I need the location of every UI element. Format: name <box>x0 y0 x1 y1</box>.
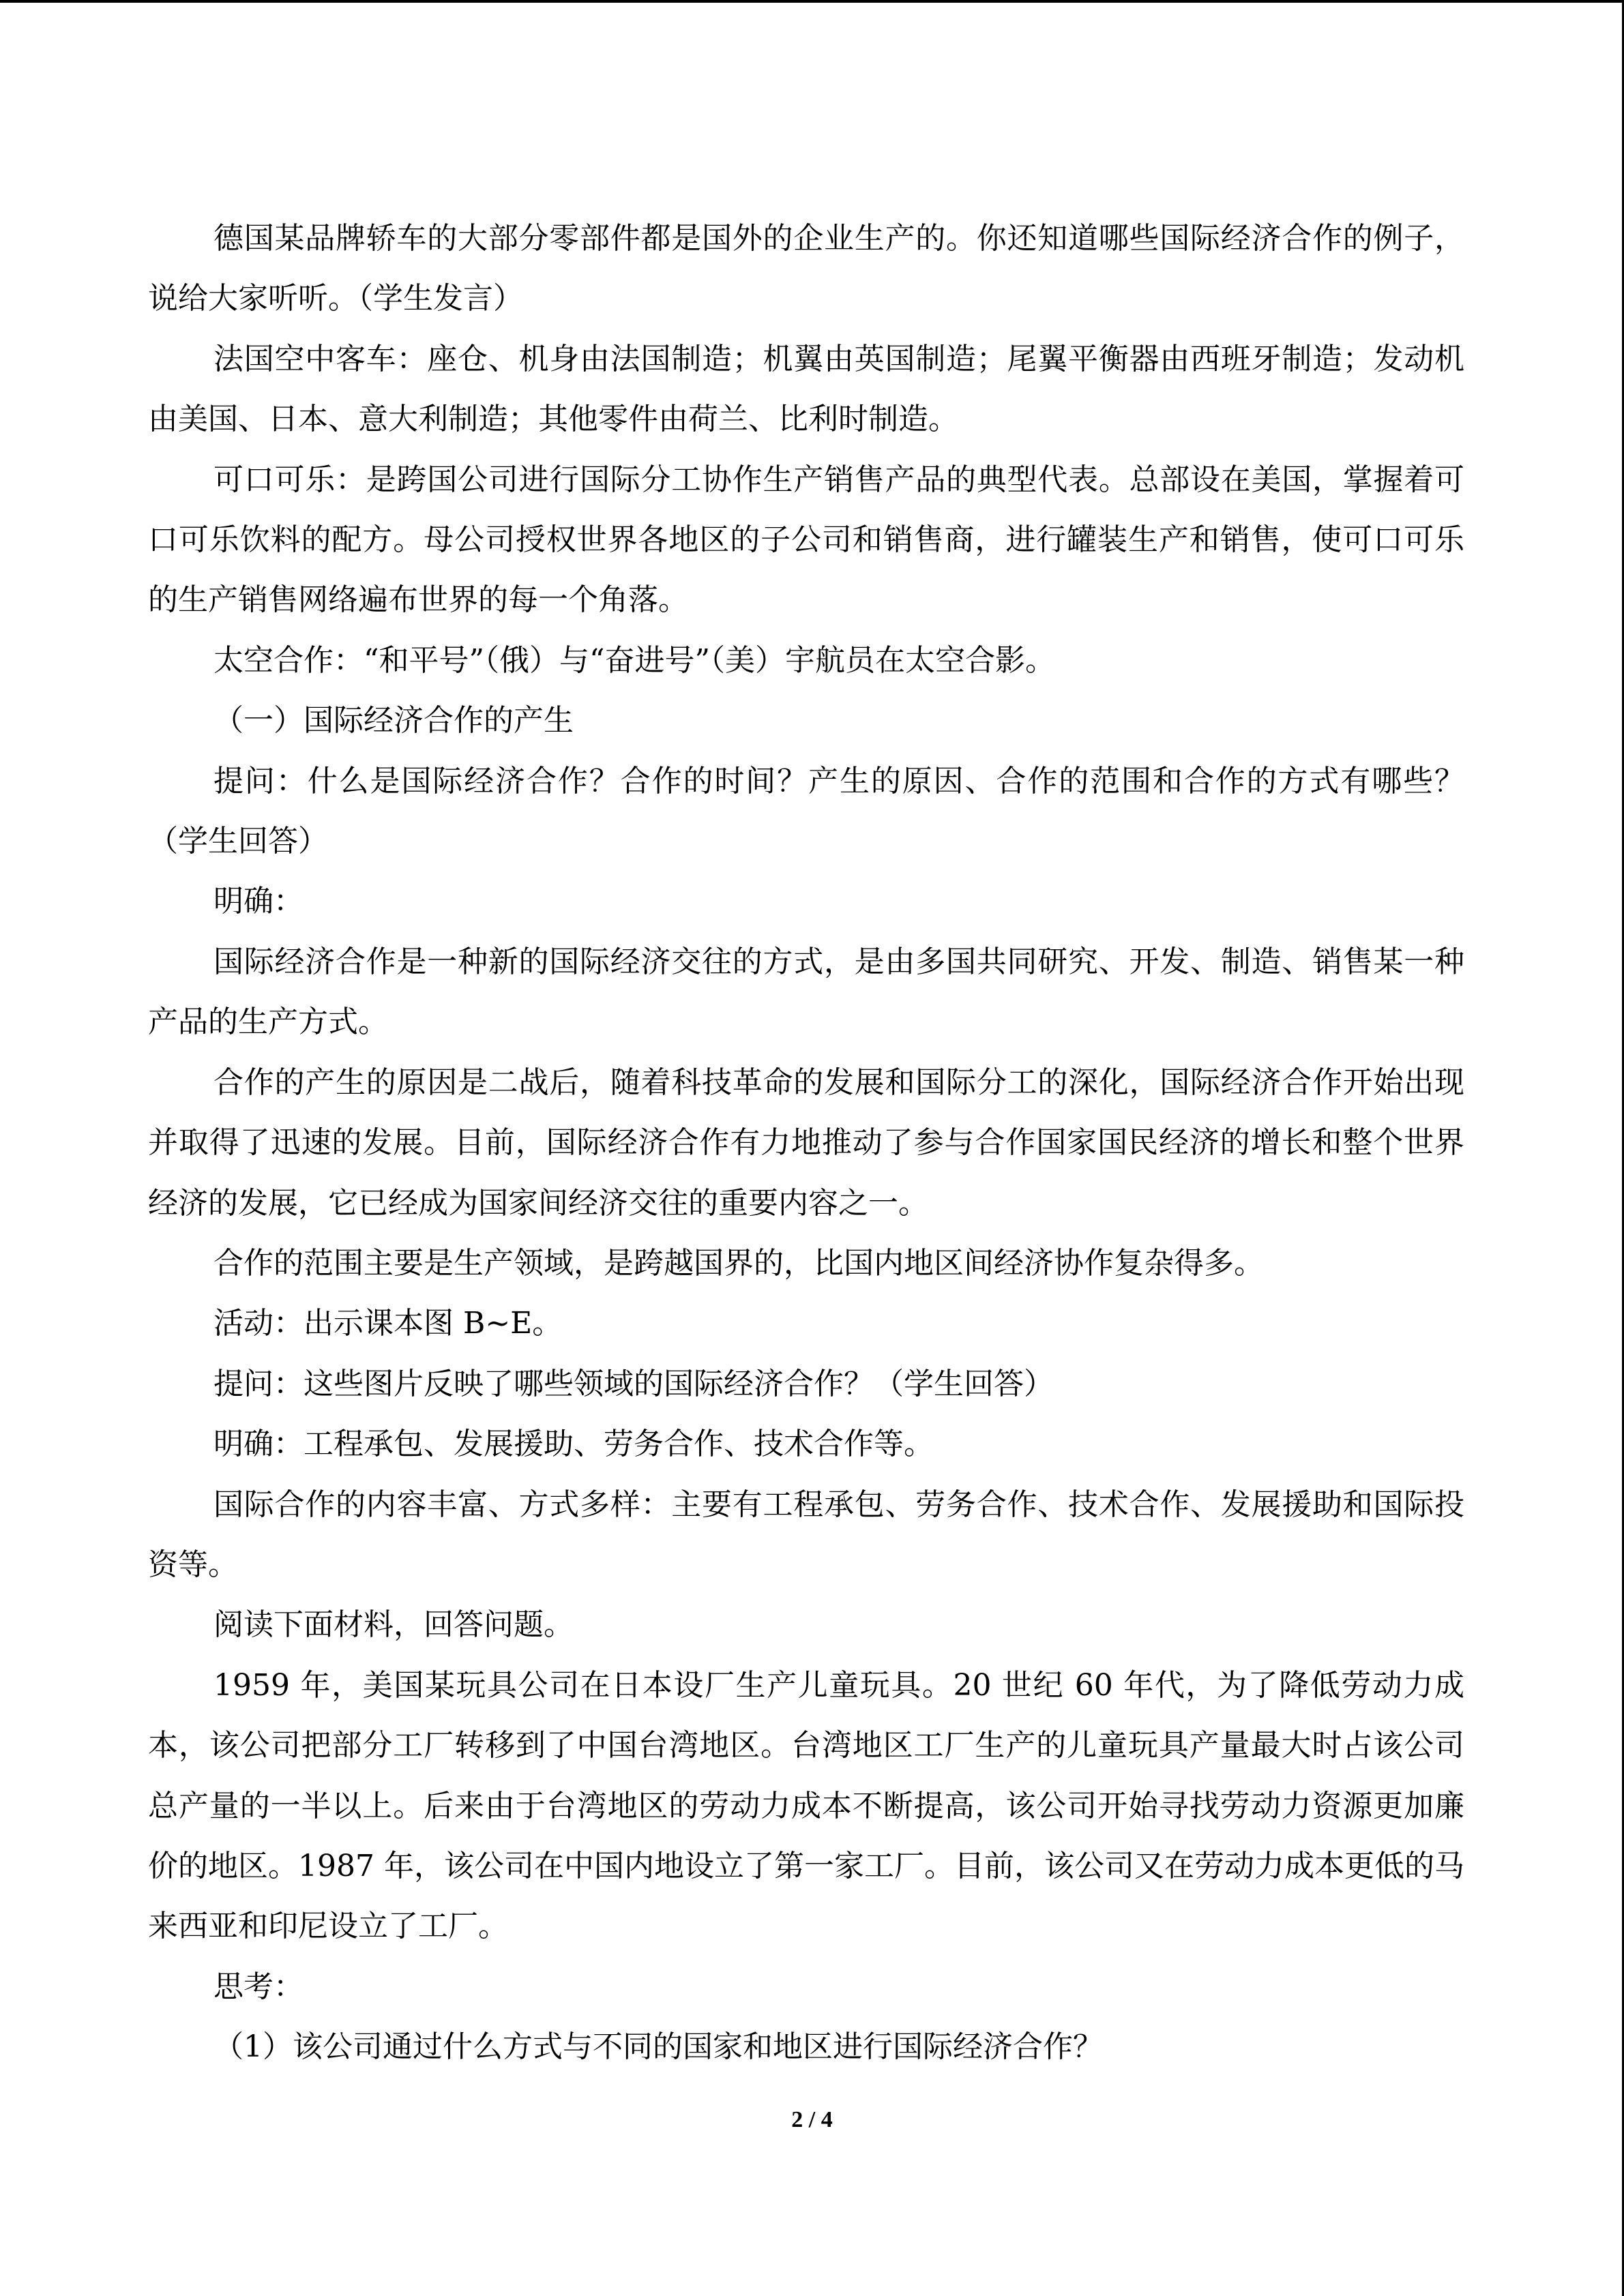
paragraph-toy-company-material: 1959 年，美国某玩具公司在日本设厂生产儿童玩具。20 世纪 60 年代，为了… <box>148 1656 1464 1957</box>
document-page: 德国某品牌轿车的大部分零部件都是国外的企业生产的。你还知道哪些国际经济合作的例子… <box>0 0 1624 2296</box>
paragraph-think-label: 思考： <box>148 1957 1464 2017</box>
paragraph-coca-cola: 可口可乐：是跨国公司进行国际分工协作生产销售产品的典型代表。总部设在美国，掌握着… <box>148 450 1464 631</box>
paragraph-forms: 国际合作的内容丰富、方式多样：主要有工程承包、劳务合作、技术合作、发展援助和国际… <box>148 1475 1464 1596</box>
paragraph-activity: 活动：出示课本图 B~E。 <box>148 1294 1464 1354</box>
paragraph-airbus: 法国空中客车：座仓、机身由法国制造；机翼由英国制造；尾翼平衡器由西班牙制造；发动… <box>148 329 1464 450</box>
paragraph-clarify-fields: 明确：工程承包、发展援助、劳务合作、技术合作等。 <box>148 1414 1464 1474</box>
page-number: 2 / 4 <box>0 2107 1624 2133</box>
document-body: 德国某品牌轿车的大部分零部件都是国外的企业生产的。你还知道哪些国际经济合作的例子… <box>148 209 1464 2078</box>
paragraph-read-instruction: 阅读下面材料，回答问题。 <box>148 1595 1464 1655</box>
paragraph-space-cooperation: 太空合作：“和平号”（俄）与“奋进号”（美）宇航员在太空合影。 <box>148 631 1464 691</box>
section-heading: （一）国际经济合作的产生 <box>148 691 1464 751</box>
paragraph-causes: 合作的产生的原因是二战后，随着科技革命的发展和国际分工的深化，国际经济合作开始出… <box>148 1053 1464 1234</box>
paragraph-question-definition: 提问：什么是国际经济合作？合作的时间？产生的原因、合作的范围和合作的方式有哪些？… <box>148 751 1464 872</box>
paragraph-clarify-label: 明确： <box>148 871 1464 931</box>
paragraph-question-fields: 提问：这些图片反映了哪些领域的国际经济合作？（学生回答） <box>148 1354 1464 1414</box>
paragraph-question-1: （1）该公司通过什么方式与不同的国家和地区进行国际经济合作？ <box>148 2017 1464 2077</box>
paragraph-german-car: 德国某品牌轿车的大部分零部件都是国外的企业生产的。你还知道哪些国际经济合作的例子… <box>148 209 1464 329</box>
paragraph-definition: 国际经济合作是一种新的国际经济交往的方式，是由多国共同研究、开发、制造、销售某一… <box>148 932 1464 1053</box>
paragraph-scope: 合作的范围主要是生产领域，是跨越国界的，比国内地区间经济协作复杂得多。 <box>148 1234 1464 1294</box>
